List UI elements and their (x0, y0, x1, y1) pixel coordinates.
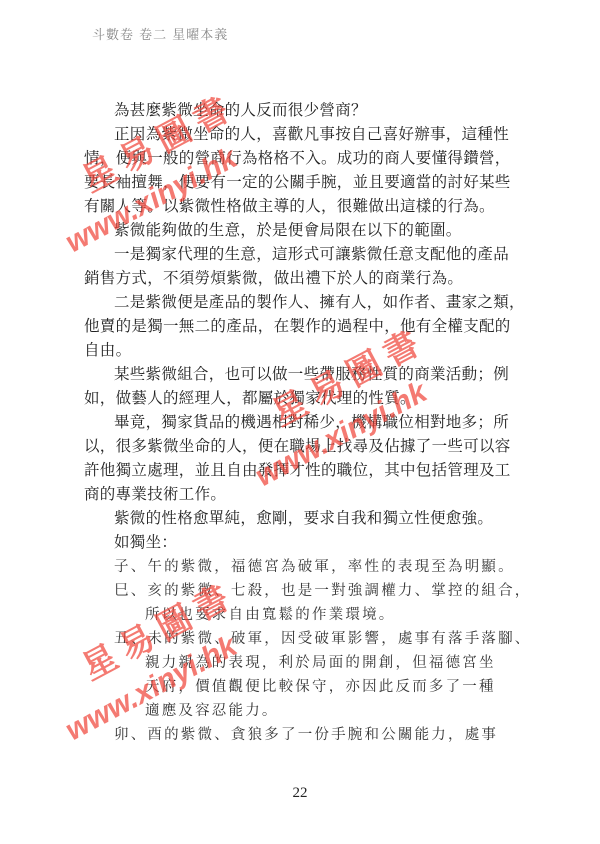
list-line: 所以也要求自由寬鬆的作業環境。 (145, 603, 396, 624)
list-line: 親力親為的表現，利於局面的開創，但福德宮坐 (145, 651, 496, 672)
list-line: 適應及容忍能力。 (145, 699, 279, 720)
paragraph-line: 為甚麼紫微坐命的人反而很少營商？ (114, 98, 367, 120)
paragraph-line: 銷售方式，不須勞煩紫微，做出禮下於人的商業行為。 (84, 266, 463, 288)
paragraph-line: 正因為紫微坐命的人，喜歡凡事按自己喜好辦事，這種性 (114, 122, 509, 144)
list-line: 丑、未的紫微、破軍，因受破軍影響，處事有落手落腳、 (114, 627, 532, 648)
list-line: 天府，價值觀便比較保守，亦因此反而多了一種 (145, 675, 496, 696)
list-line: 卯、酉的紫微、貪狼多了一份手腕和公關能力，處事 (114, 723, 498, 744)
paragraph-line: 一是獨家代理的生意，這形式可讓紫微任意支配他的產品 (114, 242, 509, 264)
paragraph-line: 畢竟，獨家貨品的機遇相對稀少，機構職位相對地多；所 (114, 410, 509, 432)
paragraph-line: 紫微的性格愈單純，愈剛，要求自我和獨立性便愈強。 (114, 506, 493, 528)
paragraph-line: 某些紫微組合，也可以做一些帶服務性質的商業活動；例 (114, 362, 509, 384)
list-line: 子、午的紫微，福德宮為破軍，率性的表現至為明顯。 (114, 555, 515, 576)
paragraph-line: 他賣的是獨一無二的產品，在製作的過程中，他有全權支配的 (84, 314, 511, 336)
paragraph-line: 有關人等。以紫微性格做主導的人，很難做出這樣的行為。 (84, 194, 495, 216)
page-number: 22 (0, 785, 600, 802)
paragraph-line: 自由。 (84, 338, 131, 360)
paragraph-line: 要長袖擅舞，便要有一定的公關手腕，並且要適當的討好某些 (84, 170, 511, 192)
paragraph-line: 紫微能夠做的生意，於是便會局限在以下的範圍。 (114, 218, 462, 240)
page-body: 為甚麼紫微坐命的人反而很少營商？正因為紫微坐命的人，喜歡凡事按自己喜好辦事，這種… (0, 0, 600, 844)
paragraph-line: 以，很多紫微坐命的人，便在職場上找尋及佔據了一些可以容 (84, 434, 511, 456)
paragraph-line: 商的專業技術工作。 (84, 482, 226, 504)
paragraph-line: 二是紫微便是產品的製作人、擁有人，如作者、畫家之類， (114, 290, 525, 312)
paragraph-line: 許他獨立處理，並且自由發揮才性的職位，其中包括管理及工 (84, 458, 511, 480)
list-line: 巳、亥的紫微、七殺，也是一對強調權力、掌控的組合， (114, 579, 532, 600)
paragraph-line: 如獨坐： (114, 530, 177, 552)
paragraph-line: 情，便與一般的營商行為格格不入。成功的商人要懂得鑽營， (84, 146, 511, 168)
paragraph-line: 如，做藝人的經理人，都屬於獨家代理的性質。 (84, 386, 416, 408)
